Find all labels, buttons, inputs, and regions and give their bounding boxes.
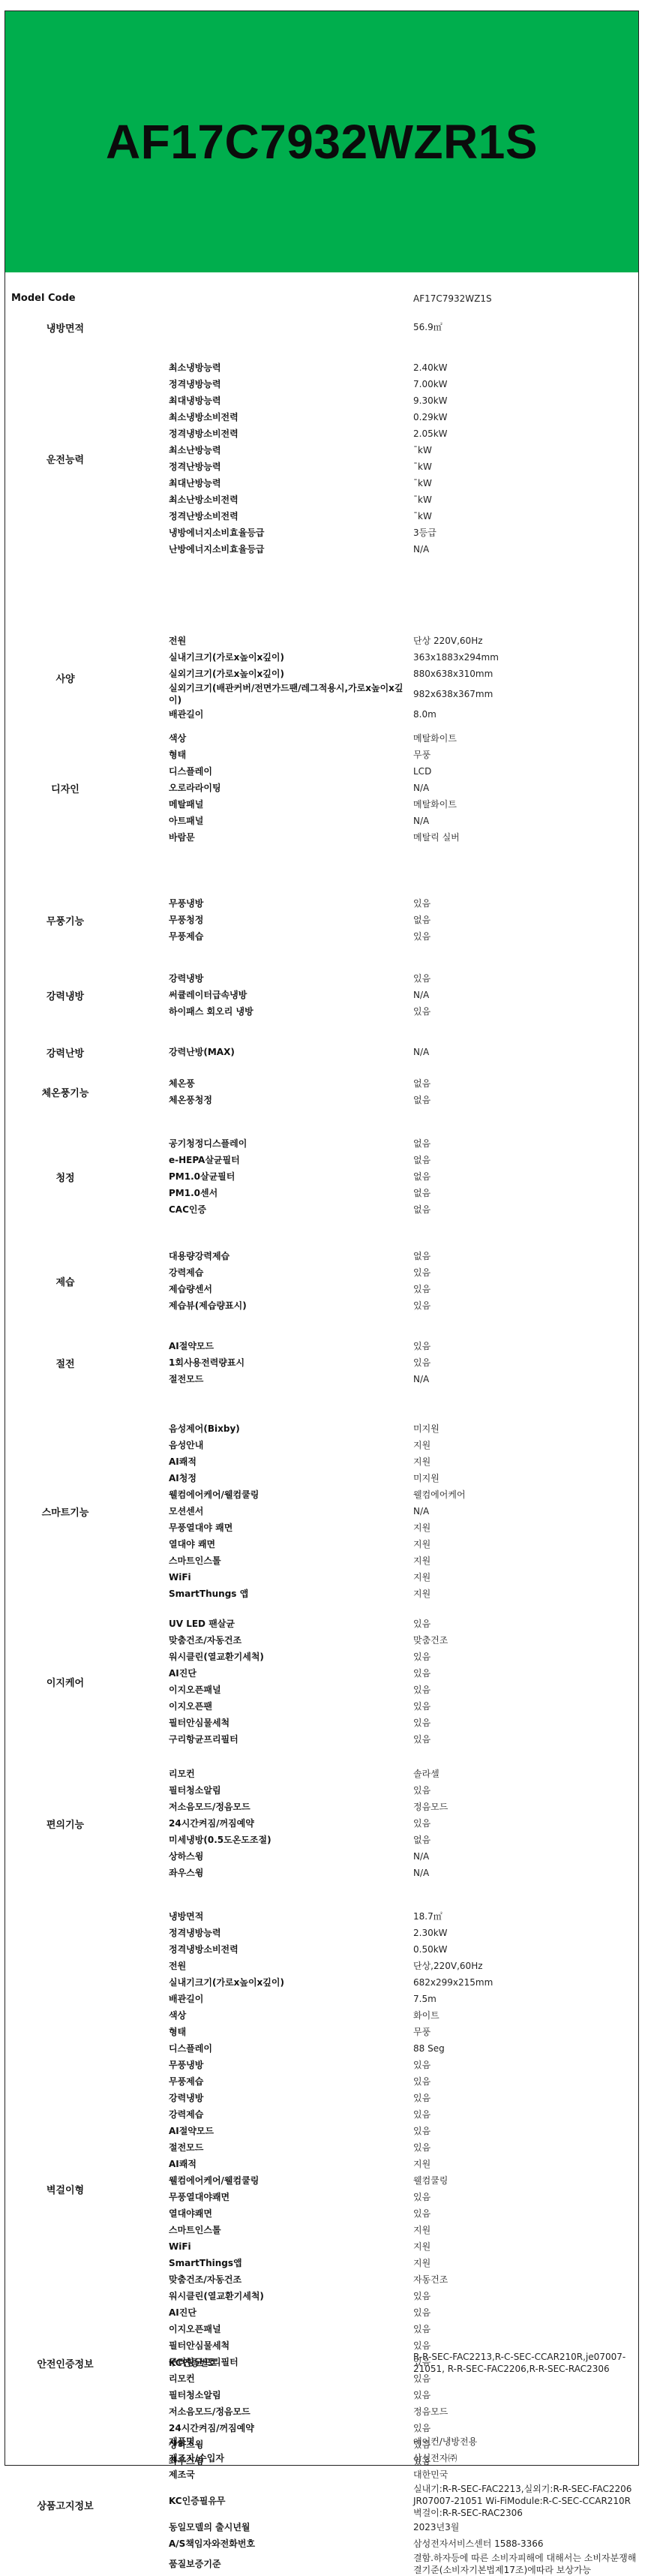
- spec-label: 강력난방(MAX): [169, 1046, 413, 1058]
- spec-label: 제습뷰(제습량표시): [169, 1300, 413, 1312]
- spec-row: WiFi지원: [169, 1569, 638, 1586]
- spec-category: 절전: [5, 1356, 125, 1370]
- spec-category: 벽걸이형: [5, 2182, 125, 2196]
- spec-row: 무풍제습있음: [169, 928, 638, 945]
- spec-label: 필터안심물세척: [169, 2340, 413, 2352]
- spec-value: 없음: [413, 1094, 638, 1106]
- spec-row: KC인증필유무실내기:R-R-SEC-FAC2213,실외기:R-R-SEC-F…: [169, 2483, 638, 2519]
- spec-value: 있음: [413, 2208, 638, 2220]
- spec-value: 에어컨/냉방전용: [413, 2436, 638, 2448]
- spec-row: 정격난방소비전력¯kW: [169, 508, 638, 525]
- spec-section: 56.9㎡냉방면적: [5, 319, 638, 335]
- spec-row: 메탈패널메탈화이트: [169, 796, 638, 813]
- spec-label: 무풍열대야 쾌면: [169, 1522, 413, 1534]
- spec-rows: 최소냉방능력2.40kW정격냉방능력7.00kW최대냉방능력9.30kW최소냉방…: [169, 359, 638, 558]
- spec-label: 제조국: [169, 2469, 413, 2481]
- spec-label: 절전모드: [169, 2142, 413, 2154]
- spec-value: N/A: [413, 782, 638, 794]
- spec-row: 리모컨솔라셀: [169, 1766, 638, 1782]
- spec-row: 이지오픈팬있음: [169, 1698, 638, 1715]
- spec-value: 없음: [413, 1250, 638, 1262]
- spec-row: 강력난방(MAX)N/A: [169, 1044, 638, 1060]
- spec-section: 대용량강력제습없음강력제습있음제습량센서있음제습뷰(제습량표시)있음제습: [5, 1248, 638, 1314]
- spec-row: 워시클린(열교환기세척)있음: [169, 2288, 638, 2304]
- spec-category: 제습: [5, 1274, 125, 1288]
- spec-row: 절전모드N/A: [169, 1371, 638, 1387]
- spec-category: 디자인: [5, 781, 125, 795]
- spec-label: 웰컴에어케어/웰컴쿨링: [169, 2175, 413, 2187]
- spec-label: 제품명: [169, 2436, 413, 2448]
- spec-value: 682x299x215mm: [413, 1976, 638, 1988]
- spec-value: 미지원: [413, 1423, 638, 1435]
- spec-row: 제조국대한민국: [169, 2466, 638, 2483]
- spec-value: 메탈화이트: [413, 732, 638, 744]
- spec-category: 안전인증정보: [5, 2356, 125, 2370]
- spec-value: 3등급: [413, 527, 638, 539]
- spec-value: 56.9㎡: [413, 321, 638, 333]
- spec-label: 필터청소알림: [169, 2389, 413, 2401]
- spec-rows: 대용량강력제습없음강력제습있음제습량센서있음제습뷰(제습량표시)있음: [169, 1248, 638, 1314]
- spec-value: 없음: [413, 1204, 638, 1216]
- spec-value: 8.0m: [413, 708, 638, 720]
- spec-row: SmartThungs 앱지원: [169, 1586, 638, 1602]
- spec-value: R-R-SEC-FAC2213,R-C-SEC-CCAR210R,je07007…: [413, 2351, 638, 2375]
- spec-value: 삼성전자서비스센터 1588-3366: [413, 2538, 638, 2550]
- spec-row: 제조자/수입자삼성전자㈜: [169, 2450, 638, 2466]
- spec-value: 메탈릭 실버: [413, 831, 638, 843]
- spec-row: 무풍청정없음: [169, 912, 638, 928]
- spec-value: 지원: [413, 2257, 638, 2269]
- spec-label: 무풍제습: [169, 2076, 413, 2088]
- spec-row: AI쾌적지원: [169, 2156, 638, 2172]
- spec-row: 실내기크기(가로x높이x깊이)682x299x215mm: [169, 1974, 638, 1991]
- spec-label: 전원: [169, 635, 413, 647]
- spec-value: 18.7㎡: [413, 1910, 638, 1922]
- spec-value: 있음: [413, 2059, 638, 2071]
- spec-label: 실내기크기(가로x높이x깊이): [169, 651, 413, 663]
- spec-value: 지원: [413, 1555, 638, 1567]
- spec-row: 모션센서N/A: [169, 1503, 638, 1519]
- spec-row: AI쾌적지원: [169, 1453, 638, 1470]
- spec-value: 있음: [413, 1700, 638, 1712]
- spec-row: 체온풍청정없음: [169, 1092, 638, 1108]
- spec-value: N/A: [413, 1850, 638, 1862]
- spec-label: 난방에너지소비효율등급: [169, 543, 413, 555]
- spec-label: 실외기크기(가로x높이x깊이): [169, 668, 413, 680]
- spec-row: 무풍제습있음: [169, 2073, 638, 2090]
- spec-value: ¯kW: [413, 461, 638, 473]
- spec-value: 있음: [413, 2307, 638, 2319]
- spec-row: 이지오픈패널있음: [169, 1682, 638, 1698]
- spec-label: 써큘레이터급속냉방: [169, 989, 413, 1001]
- spec-row: 배관길이8.0m: [169, 706, 638, 723]
- spec-value: 2.05kW: [413, 428, 638, 440]
- spec-rows: UV LED 팬살균있음맞춤건조/자동건조맞춤건조워시클린(열교환기세척)있음A…: [169, 1616, 638, 1748]
- spec-label: 최대냉방능력: [169, 395, 413, 407]
- spec-row: 실내기크기(가로x높이x깊이)363x1883x294mm: [169, 649, 638, 666]
- spec-row: 전원단상,220V,60Hz: [169, 1958, 638, 1974]
- spec-label: 배관길이: [169, 1993, 413, 2005]
- spec-row: A/S책임자와전화번호삼성전자서비스센터 1588-3366: [169, 2535, 638, 2552]
- spec-label: 저소음모드/정음모드: [169, 2406, 413, 2418]
- spec-category: 청정: [5, 1170, 125, 1184]
- spec-row: 무풍열대야쾌면있음: [169, 2189, 638, 2205]
- spec-row: 맞춤건조/자동건조맞춤건조: [169, 1632, 638, 1649]
- spec-row: 맞춤건조/자동건조자동건조: [169, 2271, 638, 2288]
- spec-label: 웰컴에어케어/웰컴쿨링: [169, 1489, 413, 1501]
- spec-value: 미지원: [413, 1472, 638, 1484]
- spec-label: 워시클린(열교환기세척): [169, 2290, 413, 2302]
- spec-value: 맞춤건조: [413, 1634, 638, 1646]
- spec-value: N/A: [413, 815, 638, 827]
- spec-row: 대용량강력제습없음: [169, 1248, 638, 1264]
- spec-row: e-HEPA살균필터없음: [169, 1152, 638, 1168]
- spec-label: 모션센서: [169, 1505, 413, 1517]
- spec-sheet: AF17C7932WZR1S AF17C7932WZ1SModel Code56…: [4, 11, 639, 2466]
- spec-rows: 제품명에어컨/냉방전용제조자/수입자삼성전자㈜제조국대한민국KC인증필유무실내기…: [169, 2433, 638, 2576]
- spec-value: 363x1883x294mm: [413, 651, 638, 663]
- spec-category: 편의기능: [5, 1817, 125, 1831]
- spec-value: 있음: [413, 2125, 638, 2137]
- spec-value: 982x638x367mm: [413, 688, 638, 700]
- spec-category: 냉방면적: [5, 320, 125, 335]
- spec-row: 웰컴에어케어/웰컴쿨링웰컴에어케어: [169, 1486, 638, 1503]
- spec-value: 없음: [413, 1078, 638, 1090]
- spec-row: 무풍냉방있음: [169, 2057, 638, 2073]
- spec-row: 절전모드있음: [169, 2139, 638, 2156]
- spec-row: UV LED 팬살균있음: [169, 1616, 638, 1632]
- spec-label: 정격난방소비전력: [169, 510, 413, 522]
- spec-row: AI절약모드있음: [169, 2123, 638, 2139]
- spec-value: 2023년3월: [413, 2521, 638, 2533]
- spec-row: AI청정미지원: [169, 1470, 638, 1486]
- spec-value: 무풍: [413, 749, 638, 761]
- spec-value: 웰컴쿨링: [413, 2175, 638, 2187]
- spec-section: AI절약모드있음1회사용전력량표시있음절전모드N/A절전: [5, 1338, 638, 1387]
- spec-label: 배관길이: [169, 708, 413, 720]
- spec-label: 열대야 쾌면: [169, 1538, 413, 1550]
- spec-rows: 공기청정디스플레이없음e-HEPA살균필터없음PM1.0살균필터없음PM1.0센…: [169, 1135, 638, 1218]
- spec-label: 최소냉방능력: [169, 362, 413, 374]
- spec-value: 있음: [413, 1784, 638, 1796]
- spec-label: e-HEPA살균필터: [169, 1154, 413, 1166]
- spec-label: 무풍제습: [169, 930, 413, 942]
- spec-value: 있음: [413, 930, 638, 942]
- spec-label: 무풍청정: [169, 914, 413, 926]
- spec-value: N/A: [413, 1505, 638, 1517]
- spec-row: 써큘레이터급속냉방N/A: [169, 987, 638, 1003]
- spec-rows: AF17C7932WZ1S: [169, 290, 638, 307]
- spec-section: UV LED 팬살균있음맞춤건조/자동건조맞춤건조워시클린(열교환기세척)있음A…: [5, 1616, 638, 1748]
- spec-value: 있음: [413, 2389, 638, 2401]
- spec-row: 스마트인스톨지원: [169, 2222, 638, 2238]
- spec-label: 강력제습: [169, 1267, 413, 1279]
- spec-value: 없음: [413, 914, 638, 926]
- spec-value: 있음: [413, 2109, 638, 2121]
- spec-row: 음성제어(Bixby)미지원: [169, 1420, 638, 1437]
- spec-row: 품질보증기준결함.하자등에 따른 소비자피해에 대해서는 소비자분쟁해결기준(소…: [169, 2552, 638, 2576]
- spec-row: 정격냉방능력2.30kW: [169, 1925, 638, 1941]
- spec-category: 사양: [5, 671, 125, 685]
- spec-value: ¯kW: [413, 444, 638, 456]
- spec-category: 체온풍기능: [5, 1085, 125, 1099]
- spec-section: 리모컨솔라셀필터청소알림있음저소음모드/정음모드정음모드24시간켜짐/꺼짐예약있…: [5, 1766, 638, 1881]
- spec-label: 형태: [169, 749, 413, 761]
- spec-label: 디스플레이: [169, 765, 413, 777]
- spec-value: LCD: [413, 765, 638, 777]
- spec-category: 운전능력: [5, 452, 125, 466]
- spec-label: 리모컨: [169, 1768, 413, 1780]
- spec-value: 없음: [413, 1154, 638, 1166]
- spec-row: 색상메탈화이트: [169, 730, 638, 747]
- spec-label: 미세냉방(0.5도온도조절): [169, 1834, 413, 1846]
- spec-rows: 강력냉방있음써큘레이터급속냉방N/A하이패스 회오리 냉방있음: [169, 970, 638, 1020]
- spec-label: 무풍냉방: [169, 897, 413, 909]
- spec-label: A/S책임자와전화번호: [169, 2538, 413, 2550]
- spec-row: 강력제습있음: [169, 1264, 638, 1281]
- spec-row: 무풍열대야 쾌면지원: [169, 1519, 638, 1536]
- spec-row: 동일모델의 출시년월2023년3월: [169, 2519, 638, 2535]
- spec-row: 강력제습있음: [169, 2106, 638, 2123]
- spec-label: 무풍냉방: [169, 2059, 413, 2071]
- spec-value: 없음: [413, 1834, 638, 1846]
- spec-value: 880x638x310mm: [413, 668, 638, 680]
- spec-label: SmartThings앱: [169, 2257, 413, 2269]
- spec-value: 있음: [413, 2142, 638, 2154]
- spec-label: AI진단: [169, 2307, 413, 2319]
- model-title: AF17C7932WZR1S: [106, 114, 538, 170]
- spec-label: 전원: [169, 1960, 413, 1972]
- spec-label: 필터안심물세척: [169, 1717, 413, 1729]
- spec-category: 강력난방: [5, 1045, 125, 1060]
- spec-rows: 음성제어(Bixby)미지원음성안내지원AI쾌적지원AI청정미지원웰컴에어케어/…: [169, 1420, 638, 1602]
- spec-value: 지원: [413, 2158, 638, 2170]
- spec-value: 솔라셀: [413, 1768, 638, 1780]
- spec-label: 구리항균프리필터: [169, 1733, 413, 1745]
- spec-row: 냉방에너지소비효율등급3등급: [169, 525, 638, 541]
- spec-rows: 56.9㎡: [169, 319, 638, 335]
- spec-value: 지원: [413, 1538, 638, 1550]
- spec-value: 대한민국: [413, 2469, 638, 2481]
- spec-value: ¯kW: [413, 477, 638, 489]
- spec-row: 형태무풍: [169, 747, 638, 763]
- spec-value: 있음: [413, 1005, 638, 1017]
- spec-rows: AI절약모드있음1회사용전력량표시있음절전모드N/A: [169, 1338, 638, 1387]
- spec-value: 0.50kW: [413, 1943, 638, 1955]
- spec-row: 공기청정디스플레이없음: [169, 1135, 638, 1152]
- spec-label: KC인증번호: [169, 2357, 413, 2369]
- spec-value: 있음: [413, 2076, 638, 2088]
- spec-row: 무풍냉방있음: [169, 895, 638, 912]
- spec-label: 냉방면적: [169, 1910, 413, 1922]
- spec-label: 최대난방능력: [169, 477, 413, 489]
- spec-label: 강력냉방: [169, 972, 413, 984]
- spec-category: Model Code: [11, 293, 76, 304]
- spec-label: 동일모델의 출시년월: [169, 2521, 413, 2533]
- spec-label: SmartThungs 앱: [169, 1588, 413, 1600]
- spec-value: 지원: [413, 2224, 638, 2236]
- spec-value: 9.30kW: [413, 395, 638, 407]
- spec-row: PM1.0살균필터없음: [169, 1168, 638, 1185]
- spec-value: 0.29kW: [413, 411, 638, 423]
- spec-label: 24시간켜짐/꺼짐예약: [169, 1817, 413, 1829]
- spec-row: 강력냉방있음: [169, 2090, 638, 2106]
- spec-row: 좌우스윙N/A: [169, 1865, 638, 1881]
- spec-row: 24시간켜짐/꺼짐예약있음: [169, 1815, 638, 1832]
- spec-section: 공기청정디스플레이없음e-HEPA살균필터없음PM1.0살균필터없음PM1.0센…: [5, 1135, 638, 1218]
- spec-value: 지원: [413, 1456, 638, 1468]
- spec-row: 구리항균프리필터있음: [169, 1731, 638, 1748]
- spec-value: 결함.하자등에 따른 소비자피해에 대해서는 소비자분쟁해결기준(소비자기본법제…: [413, 2552, 638, 2576]
- spec-value: 있음: [413, 2191, 638, 2203]
- spec-value: N/A: [413, 989, 638, 1001]
- spec-value: 삼성전자㈜: [413, 2452, 638, 2464]
- spec-row: AF17C7932WZ1S: [169, 290, 638, 307]
- spec-label: 정격냉방능력: [169, 378, 413, 390]
- spec-label: 맞춤건조/자동건조: [169, 1634, 413, 1646]
- spec-rows: KC인증번호R-R-SEC-FAC2213,R-C-SEC-CCAR210R,j…: [169, 2351, 638, 2375]
- spec-value: 단상 220V,60Hz: [413, 635, 638, 647]
- spec-label: WiFi: [169, 1571, 413, 1583]
- spec-section: 최소냉방능력2.40kW정격냉방능력7.00kW최대냉방능력9.30kW최소냉방…: [5, 359, 638, 558]
- spec-row: 최소난방능력¯kW: [169, 442, 638, 458]
- spec-label: 좌우스윙: [169, 1867, 413, 1879]
- spec-row: 형태무풍: [169, 2024, 638, 2040]
- spec-value: 7.5m: [413, 1993, 638, 2005]
- spec-label: 냉방에너지소비효율등급: [169, 527, 413, 539]
- spec-label: 오로라라이팅: [169, 782, 413, 794]
- spec-label: 상하스윙: [169, 1850, 413, 1862]
- spec-label: AI쾌적: [169, 2158, 413, 2170]
- spec-value: 있음: [413, 972, 638, 984]
- spec-category: 무풍기능: [5, 913, 125, 927]
- spec-row: 정격냉방소비전력0.50kW: [169, 1941, 638, 1958]
- spec-row: 강력냉방있음: [169, 970, 638, 987]
- spec-value: 2.40kW: [413, 362, 638, 374]
- spec-value: 7.00kW: [413, 378, 638, 390]
- spec-value: 있음: [413, 2323, 638, 2335]
- spec-row: 제습량센서있음: [169, 1281, 638, 1297]
- spec-label: 스마트인스톨: [169, 1555, 413, 1567]
- spec-row: 이지오픈패널있음: [169, 2321, 638, 2337]
- spec-row: 하이패스 회오리 냉방있음: [169, 1003, 638, 1020]
- spec-row: PM1.0센서없음: [169, 1185, 638, 1201]
- spec-value: 지원: [413, 1588, 638, 1600]
- spec-label: 정격냉방능력: [169, 1927, 413, 1939]
- spec-value: 88 Seg: [413, 2042, 638, 2054]
- spec-row: 바람문메탈릭 실버: [169, 829, 638, 846]
- spec-value: 정음모드: [413, 2406, 638, 2418]
- spec-value: 정음모드: [413, 1801, 638, 1813]
- spec-value: N/A: [413, 543, 638, 555]
- spec-label: 체온풍청정: [169, 1094, 413, 1106]
- spec-row: 디스플레이88 Seg: [169, 2040, 638, 2057]
- spec-row: SmartThings앱지원: [169, 2255, 638, 2271]
- spec-row: 저소음모드/정음모드정음모드: [169, 1799, 638, 1815]
- spec-row: 난방에너지소비효율등급N/A: [169, 541, 638, 558]
- spec-rows: 무풍냉방있음무풍청정없음무풍제습있음: [169, 895, 638, 945]
- spec-row: 정격난방능력¯kW: [169, 458, 638, 475]
- spec-label: AI청정: [169, 1472, 413, 1484]
- spec-rows: 전원단상 220V,60Hz실내기크기(가로x높이x깊이)363x1883x29…: [169, 633, 638, 723]
- spec-value: 있음: [413, 2290, 638, 2302]
- spec-section: 전원단상 220V,60Hz실내기크기(가로x높이x깊이)363x1883x29…: [5, 633, 638, 723]
- spec-label: WiFi: [169, 2241, 413, 2253]
- spec-value: 웰컴에어케어: [413, 1489, 638, 1501]
- spec-label: CAC인증: [169, 1204, 413, 1216]
- spec-rows: 색상메탈화이트형태무풍디스플레이LCD오로라라이팅N/A메탈패널메탈화이트아트패…: [169, 730, 638, 846]
- spec-value: 있음: [413, 2092, 638, 2104]
- spec-label: 메탈패널: [169, 798, 413, 810]
- spec-row: 최소냉방소비전력0.29kW: [169, 409, 638, 425]
- spec-row: KC인증번호R-R-SEC-FAC2213,R-C-SEC-CCAR210R,j…: [169, 2351, 638, 2375]
- spec-label: 아트패널: [169, 815, 413, 827]
- spec-row: CAC인증없음: [169, 1201, 638, 1218]
- spec-label: 스마트인스톨: [169, 2224, 413, 2236]
- spec-row: 필터청소알림있음: [169, 2387, 638, 2403]
- spec-value: ¯kW: [413, 510, 638, 522]
- spec-value: N/A: [413, 1046, 638, 1058]
- spec-label: PM1.0센서: [169, 1187, 413, 1199]
- spec-value: 있음: [413, 1651, 638, 1663]
- spec-section: AF17C7932WZ1SModel Code: [5, 290, 638, 307]
- spec-label: 최소냉방소비전력: [169, 411, 413, 423]
- spec-label: 이지오픈패널: [169, 2323, 413, 2335]
- spec-label: KC인증필유무: [169, 2495, 413, 2507]
- spec-category: 이지케어: [5, 1675, 125, 1689]
- spec-rows: 리모컨솔라셀필터청소알림있음저소음모드/정음모드정음모드24시간켜짐/꺼짐예약있…: [169, 1766, 638, 1881]
- spec-label: AI쾌적: [169, 1456, 413, 1468]
- spec-label: 디스플레이: [169, 2042, 413, 2054]
- spec-label: 절전모드: [169, 1373, 413, 1385]
- spec-value: 있음: [413, 1618, 638, 1630]
- spec-row: 음성안내지원: [169, 1437, 638, 1453]
- spec-value: 없음: [413, 1171, 638, 1183]
- spec-rows: 체온풍없음체온풍청정없음: [169, 1075, 638, 1108]
- spec-section: 제품명에어컨/냉방전용제조자/수입자삼성전자㈜제조국대한민국KC인증필유무실내기…: [5, 2433, 638, 2576]
- spec-label: 제조자/수입자: [169, 2452, 413, 2464]
- spec-value: 지원: [413, 1522, 638, 1534]
- spec-row: AI절약모드있음: [169, 1338, 638, 1354]
- spec-label: AI절약모드: [169, 1340, 413, 1352]
- spec-section: 강력냉방있음써큘레이터급속냉방N/A하이패스 회오리 냉방있음강력냉방: [5, 970, 638, 1020]
- spec-label: 대용량강력제습: [169, 1250, 413, 1262]
- spec-row: 냉방면적18.7㎡: [169, 1908, 638, 1925]
- spec-row: 디스플레이LCD: [169, 763, 638, 780]
- spec-label: 강력냉방: [169, 2092, 413, 2104]
- spec-label: 24시간켜짐/꺼짐예약: [169, 2422, 413, 2434]
- spec-row: 전원단상 220V,60Hz: [169, 633, 638, 649]
- spec-row: 제습뷰(제습량표시)있음: [169, 1297, 638, 1314]
- spec-label: AI절약모드: [169, 2125, 413, 2137]
- spec-label: 필터청소알림: [169, 1784, 413, 1796]
- spec-label: 공기청정디스플레이: [169, 1138, 413, 1150]
- spec-label: 저소음모드/정음모드: [169, 1801, 413, 1813]
- spec-category: 강력냉방: [5, 988, 125, 1002]
- spec-label: 정격냉방소비전력: [169, 1943, 413, 1955]
- spec-row: 최소냉방능력2.40kW: [169, 359, 638, 376]
- spec-row: 56.9㎡: [169, 319, 638, 335]
- spec-value: 2.30kW: [413, 1927, 638, 1939]
- spec-row: 색상화이트: [169, 2007, 638, 2024]
- spec-row: 최소난방소비전력¯kW: [169, 491, 638, 508]
- spec-label: 이지오픈팬: [169, 1700, 413, 1712]
- spec-label: 음성안내: [169, 1439, 413, 1451]
- spec-value: 단상,220V,60Hz: [413, 1960, 638, 1972]
- spec-label: 품질보증기준: [169, 2558, 413, 2570]
- spec-section: 체온풍없음체온풍청정없음체온풍기능: [5, 1075, 638, 1108]
- spec-value: AF17C7932WZ1S: [413, 293, 638, 305]
